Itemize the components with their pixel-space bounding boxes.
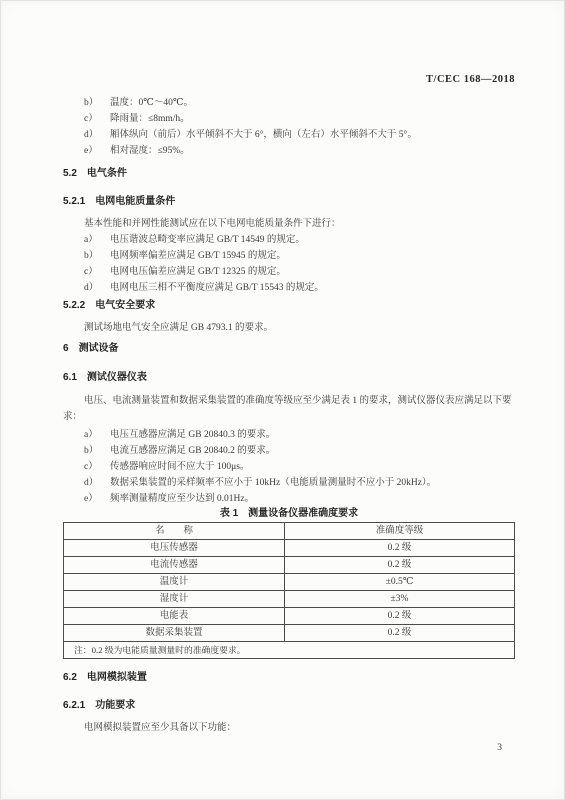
section-title: 电气安全要求 bbox=[95, 300, 155, 311]
section-heading-5-2-2: 5.2.2电气安全要求 bbox=[63, 299, 515, 312]
table-row: 湿度计 ±3% bbox=[64, 591, 515, 608]
table-note: 注：0.2 级为电能质量测量时的准确度要求。 bbox=[64, 642, 515, 659]
accuracy-requirements-table: 名 称 准确度等级 电压传感器 0.2 级 电流传感器 0.2 级 温度计 ±0… bbox=[63, 522, 515, 659]
cell-accuracy: 0.2 级 bbox=[284, 625, 514, 642]
section-number: 6.2 bbox=[63, 672, 77, 683]
list-item-text: 电流互感器应满足 GB 20840.2 的要求。 bbox=[110, 443, 275, 459]
cell-accuracy: 0.2 级 bbox=[284, 557, 514, 574]
list-item-label: b） bbox=[84, 443, 110, 459]
cell-name: 湿度计 bbox=[64, 591, 285, 608]
cell-accuracy: 0.2 级 bbox=[284, 608, 514, 625]
instrument-requirements-list: a） 电压互感器应满足 GB 20840.3 的要求。 b） 电流互感器应满足 … bbox=[84, 427, 515, 507]
list-item: a） 电压谐波总畸变率应满足 GB/T 14549 的规定。 bbox=[84, 232, 515, 248]
paragraph-6-2-1-body: 电网模拟装置应至少具备以下功能： bbox=[63, 720, 515, 736]
table-note-row: 注：0.2 级为电能质量测量时的准确度要求。 bbox=[64, 642, 515, 659]
list-item-label: a） bbox=[84, 427, 110, 443]
list-item-text: 相对湿度：≤95%。 bbox=[110, 143, 190, 159]
standard-number: T/CEC 168—2018 bbox=[426, 74, 515, 85]
section-number: 6.1 bbox=[63, 372, 77, 383]
section-heading-6-1: 6.1测试仪器仪表 bbox=[63, 371, 515, 384]
section-number: 6.2.1 bbox=[63, 700, 85, 711]
table-row: 电压传感器 0.2 级 bbox=[64, 540, 515, 557]
list-item-label: e） bbox=[84, 143, 110, 159]
list-item: c） 电网电压偏差应满足 GB/T 12325 的规定。 bbox=[84, 264, 515, 280]
cell-accuracy: ±3% bbox=[284, 591, 514, 608]
table-row: 电能表 0.2 级 bbox=[64, 608, 515, 625]
list-item-text: 传感器响应时间不应大于 100μs。 bbox=[110, 459, 249, 475]
table-row: 温度计 ±0.5℃ bbox=[64, 574, 515, 591]
list-item-label: c） bbox=[84, 264, 110, 280]
list-item-text: 厢体纵向（前后）水平倾斜不大于 6°，横向（左右）水平倾斜不大于 5°。 bbox=[110, 127, 417, 143]
table-header-row: 名 称 准确度等级 bbox=[64, 523, 515, 540]
list-item: c） 传感器响应时间不应大于 100μs。 bbox=[84, 459, 515, 475]
list-item-label: d） bbox=[84, 280, 110, 296]
list-item-label: d） bbox=[84, 475, 110, 491]
section-heading-6: 6测试设备 bbox=[63, 342, 515, 355]
list-item-text: 温度：0℃～40℃。 bbox=[110, 95, 193, 111]
paragraph-5-2-1-intro: 基本性能和并网性能测试应在以下电网电能质量条件下进行： bbox=[63, 216, 515, 232]
list-item-label: b） bbox=[84, 95, 110, 111]
list-item-text: 电压谐波总畸变率应满足 GB/T 14549 的规定。 bbox=[110, 232, 305, 248]
page-number: 3 bbox=[63, 742, 515, 755]
list-item-text: 频率测量精度应至少达到 0.01Hz。 bbox=[110, 491, 254, 507]
cell-name: 电能表 bbox=[64, 608, 285, 625]
list-item-label: c） bbox=[84, 111, 110, 127]
cell-accuracy: ±0.5℃ bbox=[284, 574, 514, 591]
list-item-text: 电网电压三相不平衡度应满足 GB/T 15543 的规定。 bbox=[110, 280, 324, 296]
section-title: 电气条件 bbox=[87, 168, 127, 179]
section-number: 6 bbox=[63, 343, 69, 354]
list-item-label: a） bbox=[84, 232, 110, 248]
section-title: 测试设备 bbox=[79, 343, 119, 354]
cell-name: 电压传感器 bbox=[64, 540, 285, 557]
section-number: 5.2.1 bbox=[63, 196, 85, 207]
list-item: b） 电网频率偏差应满足 GB/T 15945 的规定。 bbox=[84, 248, 515, 264]
list-item: d） 电网电压三相不平衡度应满足 GB/T 15543 的规定。 bbox=[84, 280, 515, 296]
paragraph-6-1-intro: 电压、电流测量装置和数据采集装置的准确度等级应至少满足表 1 的要求，测试仪器仪… bbox=[63, 393, 515, 425]
list-item-label: c） bbox=[84, 459, 110, 475]
section-title: 电网电能质量条件 bbox=[95, 196, 175, 207]
page-header: T/CEC 168—2018 bbox=[63, 73, 515, 86]
list-item-label: b） bbox=[84, 248, 110, 264]
section-title: 测试仪器仪表 bbox=[87, 372, 147, 383]
table-row: 数据采集装置 0.2 级 bbox=[64, 625, 515, 642]
list-item-label: e） bbox=[84, 491, 110, 507]
list-item: e） 频率测量精度应至少达到 0.01Hz。 bbox=[84, 491, 515, 507]
document-page: T/CEC 168—2018 b） 温度：0℃～40℃。 c） 降雨量：≤8mm… bbox=[0, 0, 565, 800]
cell-name: 数据采集装置 bbox=[64, 625, 285, 642]
list-item-text: 电压互感器应满足 GB 20840.3 的要求。 bbox=[110, 427, 275, 443]
list-item: b） 电流互感器应满足 GB 20840.2 的要求。 bbox=[84, 443, 515, 459]
list-item: e） 相对湿度：≤95%。 bbox=[84, 143, 515, 159]
grid-quality-conditions-list: a） 电压谐波总畸变率应满足 GB/T 14549 的规定。 b） 电网频率偏差… bbox=[84, 232, 515, 296]
environment-conditions-list: b） 温度：0℃～40℃。 c） 降雨量：≤8mm/h。 d） 厢体纵向（前后）… bbox=[84, 95, 515, 159]
section-heading-5-2-1: 5.2.1电网电能质量条件 bbox=[63, 195, 515, 208]
cell-name: 温度计 bbox=[64, 574, 285, 591]
section-number: 5.2 bbox=[63, 168, 77, 179]
list-item-text: 数据采集装置的采样频率不应小于 10kHz（电能质量测量时不应小于 20kHz）… bbox=[110, 475, 436, 491]
list-item-text: 降雨量：≤8mm/h。 bbox=[110, 111, 190, 127]
cell-name: 电流传感器 bbox=[64, 557, 285, 574]
list-item: b） 温度：0℃～40℃。 bbox=[84, 95, 515, 111]
paragraph-5-2-2-body: 测试场地电气安全应满足 GB 4793.1 的要求。 bbox=[63, 320, 515, 336]
list-item: a） 电压互感器应满足 GB 20840.3 的要求。 bbox=[84, 427, 515, 443]
section-heading-6-2: 6.2电网模拟装置 bbox=[63, 671, 515, 684]
list-item: c） 降雨量：≤8mm/h。 bbox=[84, 111, 515, 127]
cell-accuracy: 0.2 级 bbox=[284, 540, 514, 557]
section-title: 功能要求 bbox=[95, 700, 135, 711]
table-header-accuracy: 准确度等级 bbox=[284, 523, 514, 540]
section-heading-6-2-1: 6.2.1功能要求 bbox=[63, 699, 515, 712]
table-header-name: 名 称 bbox=[64, 523, 285, 540]
list-item-text: 电网频率偏差应满足 GB/T 15945 的规定。 bbox=[110, 248, 286, 264]
list-item: d） 数据采集装置的采样频率不应小于 10kHz（电能质量测量时不应小于 20k… bbox=[84, 475, 515, 491]
table-1-caption: 表 1 测量设备仪器准确度要求 bbox=[63, 507, 515, 520]
table-row: 电流传感器 0.2 级 bbox=[64, 557, 515, 574]
list-item: d） 厢体纵向（前后）水平倾斜不大于 6°，横向（左右）水平倾斜不大于 5°。 bbox=[84, 127, 515, 143]
section-number: 5.2.2 bbox=[63, 300, 85, 311]
section-title: 电网模拟装置 bbox=[87, 672, 147, 683]
list-item-label: d） bbox=[84, 127, 110, 143]
section-heading-5-2: 5.2电气条件 bbox=[63, 167, 515, 180]
list-item-text: 电网电压偏差应满足 GB/T 12325 的规定。 bbox=[110, 264, 286, 280]
